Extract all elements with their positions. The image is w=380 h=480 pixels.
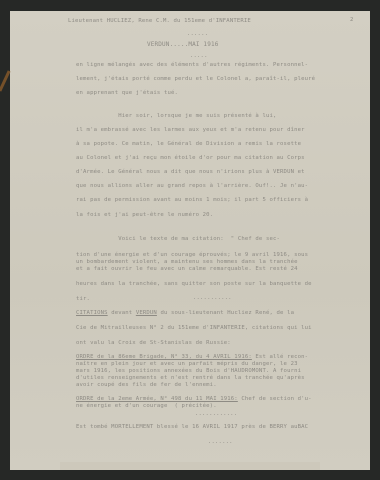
text-line: tir. (76, 296, 90, 303)
citations-heading: CITATIONS devant VERDUN du sous-lieutena… (76, 310, 294, 317)
separator-mid: ........... (193, 295, 232, 302)
text-line: Cie de Mitrailleuses N° 2 du 151eme d'IN… (76, 325, 312, 332)
text-line: Voici le texte de ma citation: " Chef de… (76, 236, 280, 243)
order1-line: ORDRE de la 86eme Brigade, N° 33, du 4 A… (76, 354, 308, 361)
paper-stain (0, 70, 11, 91)
text-line: en ligne mélangés avec des éléments d'au… (76, 62, 308, 69)
text-line: mars 1916, les positions annexées du Boi… (76, 368, 301, 375)
text-line: la fois et j'ai peut-être le numéro 20. (76, 212, 213, 219)
citations-label: CITATIONS (76, 310, 108, 316)
document-title: VERDUN.....MAI 1916 (147, 41, 218, 48)
text-line: ne énergie et d'un courage ( précitée). (76, 403, 217, 410)
text-line: lement, j'étais porté comme perdu et le … (76, 76, 315, 83)
order2-text: Chef de section d'u- (238, 396, 312, 402)
text-line: rai pas de permission avant au moins 1 m… (76, 197, 308, 204)
text-line: ont valu la Croix de St-Stanislas de Rus… (76, 340, 231, 347)
text-line: que nous allions aller au grand repos à … (76, 183, 308, 190)
text-line: à sa popote. Ce matin, le Général de Div… (76, 141, 301, 148)
text-line: heures dans la tranchée, sans quitter so… (76, 281, 312, 288)
separator-end: ....... (208, 439, 233, 446)
death-line: Est tombé MORTELLEMENT blessé le 16 AVRI… (76, 424, 308, 431)
separator-after-orders: ............ (195, 411, 237, 418)
text-line: au Colonel et j'ai reçu mon étoile d'or … (76, 155, 305, 162)
text-line: et a fait ouvrir le feu avec un calme re… (76, 266, 298, 273)
paper-bottom-shading (60, 462, 320, 470)
separator-title: ..... (190, 53, 208, 60)
text-line: en apprenant que j'étais tué. (76, 90, 178, 97)
order1-text: Est allé recon- (252, 354, 308, 360)
text-line: naître en plein jour et avec un parfait … (76, 361, 298, 368)
citations-verdun: VERDUN (136, 310, 157, 316)
order1-ref: ORDRE de la 86eme Brigade, N° 33, du 4 A… (76, 354, 252, 360)
page-number: 2 (350, 17, 354, 24)
citations-devant: devant (108, 310, 136, 316)
separator-top: ...... (187, 31, 208, 38)
citations-rest: du sous-lieutenant Hucliez René, de la (157, 310, 294, 316)
order2-ref: ORDRE de la 2eme Armée, N° 498 du 11 MAI… (76, 396, 238, 402)
text-line: d'utiles renseignements et n'est rentré … (76, 375, 305, 382)
text-line: avoir coupé des fils de fer de l'ennemi. (76, 382, 217, 389)
text-line: il m'a embrassé avec les larmes aux yeux… (76, 127, 305, 134)
text-line: tion d'une énergie et d'un courage éprou… (76, 252, 308, 259)
text-line: d'Armée. Le Général nous a dit que nous … (76, 169, 305, 176)
order2-line: ORDRE de la 2eme Armée, N° 498 du 11 MAI… (76, 396, 312, 403)
text-line: un bombardement violent, a maintenu ses … (76, 259, 298, 266)
text-line: Hier soir, lorsque je me suis présenté à… (76, 113, 277, 120)
author-line: Lieutenant HUCLIEZ, Rene C.M. du 151eme … (68, 18, 251, 25)
